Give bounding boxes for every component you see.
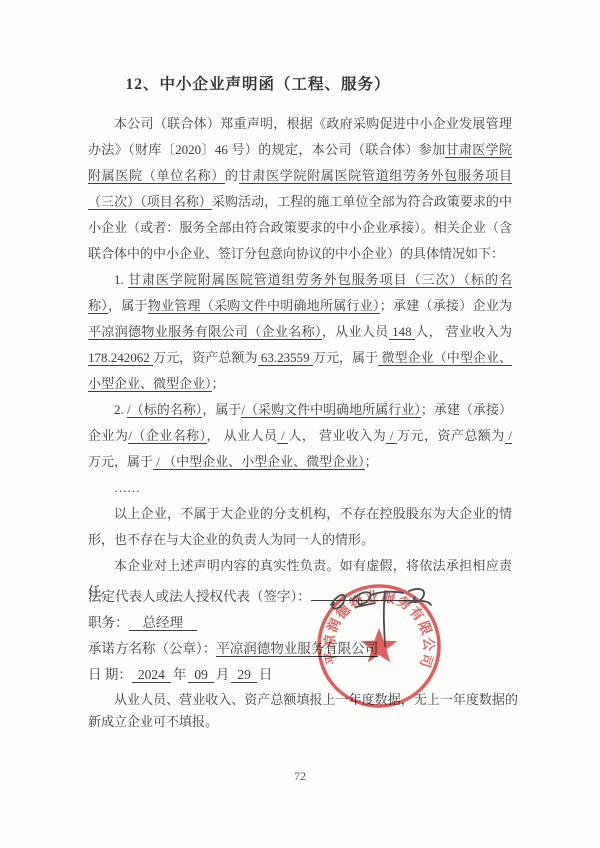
text-run: 万元，资产总额为 <box>153 350 257 365</box>
month-unit: 月 <box>214 667 232 682</box>
underlined-employee-count: 148 <box>389 324 416 340</box>
underlined-employee-blank: / <box>277 428 288 444</box>
date-line: 日 期：2024年09月29日 <box>88 662 518 688</box>
legal-representative-label: 法定代表人或法人授权代表（签字）： <box>88 589 311 604</box>
text-run: ， 从业人员 <box>207 428 278 443</box>
signature-stroke <box>331 595 345 609</box>
text-run: 万元，属于 <box>313 350 378 365</box>
item-number: 1. <box>114 272 128 287</box>
year-unit: 年 <box>171 667 189 682</box>
underlined-assets: 63.23559 <box>258 350 313 366</box>
date-month: 09 <box>188 667 214 683</box>
footnote-paragraph: 从业人员、营业收入、资产总额填报上一年度数据，无上一年度数据的新成立企业可不填报… <box>88 689 518 732</box>
paragraph-item-2: 2. /（标的名称），属于/（采购文件中明确地所属行业）；承建（承接）企业为/（… <box>88 397 512 475</box>
underlined-assets-blank: / <box>505 428 512 444</box>
underlined-subject-name-blank: /（标的名称） <box>127 402 202 418</box>
day-unit: 日 <box>257 667 275 682</box>
paragraph-ellipsis: …… <box>88 475 512 501</box>
role-value: 总经理 <box>129 615 198 631</box>
date-day: 29 <box>231 667 257 683</box>
role-label: 职务： <box>88 615 129 630</box>
text-run: ，从业人员 <box>322 324 389 339</box>
document-body: 本公司（联合体）郑重声明，根据《政府采购促进中小企业发展管理办法》（财库〔202… <box>88 111 512 605</box>
text-run: ，属于 <box>202 402 241 417</box>
page-title: 12、中小企业声明函（工程、服务） <box>78 72 438 94</box>
underlined-revenue-blank: / <box>386 428 397 444</box>
page-number: 72 <box>0 769 600 784</box>
paragraph-intro: 本公司（联合体）郑重声明，根据《政府采购促进中小企业发展管理办法》（财库〔202… <box>88 111 512 267</box>
handwritten-signature <box>323 583 453 653</box>
text-run: 的 <box>225 168 239 183</box>
text-run: ； <box>365 454 378 469</box>
underlined-industry: 物业管理（采购文件中明确地所属行业） <box>148 298 380 314</box>
text-run: 万元，资产总额为 <box>397 428 505 443</box>
legal-representative-line: 法定代表人或法人授权代表（签字）： <box>88 584 518 610</box>
underlined-revenue: 178.242062 <box>88 350 153 366</box>
underlined-enterprise-name-blank: /（企业名称） <box>128 428 206 444</box>
text-run: ，属于 <box>108 298 148 313</box>
date-label: 日 期： <box>88 667 132 682</box>
promisor-label: 承诺方名称（公章）： <box>88 641 216 656</box>
promisor-line: 承诺方名称（公章）：平凉润德物业服务有限公司 <box>88 636 518 662</box>
text-run: 人， 营业收入为 <box>288 428 386 443</box>
underlined-type-blank: / （中型企业、小型企业、微型企业） <box>153 454 365 470</box>
text-run: ； <box>212 376 225 391</box>
underlined-industry-blank: /（采购文件中明确地所属行业） <box>241 402 420 418</box>
role-line: 职务：总经理 <box>88 610 518 636</box>
document-page: 12、中小企业声明函（工程、服务） 本公司（联合体）郑重声明，根据《政府采购促进… <box>0 0 600 848</box>
text-run: 人， 营业收入为 <box>415 324 512 339</box>
signature-stroke <box>409 589 431 605</box>
signature-stroke <box>371 592 403 646</box>
date-year: 2024 <box>132 667 171 683</box>
underlined-enterprise-name: 平凉润德物业服务有限公司（企业名称） <box>88 324 322 340</box>
paragraph-item-1: 1. 甘肃医学院附属医院管道组劳务外包服务项目（三次）（标的名称），属于物业管理… <box>88 267 512 397</box>
item-number: 2. <box>114 402 127 417</box>
paragraph-no-branch-statement: 以上企业，不属于大企业的分支机构，不存在控股股东为大企业的情形，也不存在与大企业… <box>88 501 512 553</box>
signature-block: 法定代表人或法人授权代表（签字）： 职务：总经理 承诺方名称（公章）：平凉润德物… <box>88 584 518 688</box>
text-run: ；承建（承接）企业为 <box>380 298 512 313</box>
text-run: 万元，属于 <box>88 454 153 469</box>
